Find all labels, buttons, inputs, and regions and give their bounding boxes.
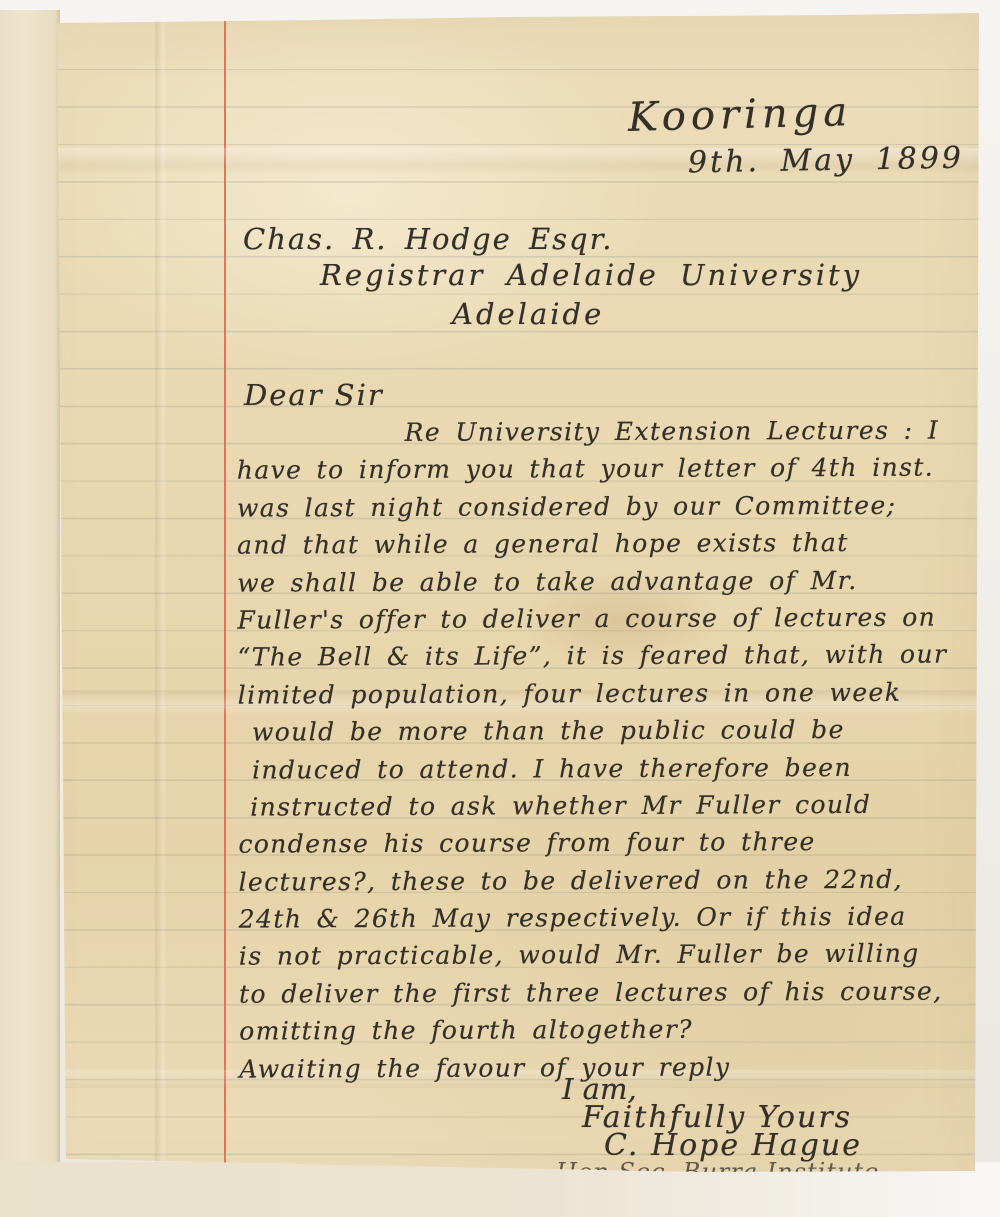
letter-body: Re University Extension Lectures : I hav…: [237, 411, 982, 1087]
body-line: lectures?, these to be delivered on the …: [238, 860, 980, 901]
body-line: 24th & 26th May respectively. Or if this…: [239, 897, 981, 938]
body-line: would be more than the public could be: [238, 711, 980, 752]
date-line: 9th. May 1899: [688, 141, 965, 181]
underlying-page-left-edge: [0, 10, 60, 1195]
body-line: Fuller's offer to deliver a course of le…: [237, 598, 979, 639]
recipient-name: Chas. R. Hodge Esqr.: [243, 222, 614, 256]
body-line: instructed to ask whether Mr Fuller coul…: [238, 785, 980, 826]
body-line: omitting the fourth altogether?: [239, 1010, 981, 1051]
letter-page: Kooringa 9th. May 1899 Chas. R. Hodge Es…: [0, 0, 1000, 1217]
salutation: Dear Sir: [244, 378, 384, 412]
body-line: “The Bell & its Life”, it is feared that…: [238, 636, 980, 677]
recipient-title: Registrar Adelaide University: [320, 258, 862, 292]
body-line: was last night considered by our Committ…: [237, 486, 979, 527]
body-line: and that while a general hope exists tha…: [237, 524, 979, 565]
body-line: is not practicable, would Mr. Fuller be …: [239, 935, 981, 976]
scanned-letter: Kooringa 9th. May 1899 Chas. R. Hodge Es…: [0, 0, 1000, 1217]
body-line: limited population, four lectures in one…: [238, 673, 980, 714]
paper-fold-vertical: [155, 0, 167, 1217]
body-line: have to inform you that your letter of 4…: [237, 449, 979, 490]
body-line: induced to attend. I have therefore been: [238, 748, 980, 789]
body-line: to deliver the first three lectures of h…: [239, 972, 981, 1013]
body-line: condense his course from four to three: [238, 823, 980, 864]
red-margin-line: [224, 0, 226, 1217]
body-line: we shall be able to take advantage of Mr…: [237, 561, 979, 602]
body-line: Re University Extension Lectures : I: [237, 411, 979, 452]
recipient-city: Adelaide: [452, 297, 604, 331]
place-line: Kooringa: [627, 89, 852, 141]
